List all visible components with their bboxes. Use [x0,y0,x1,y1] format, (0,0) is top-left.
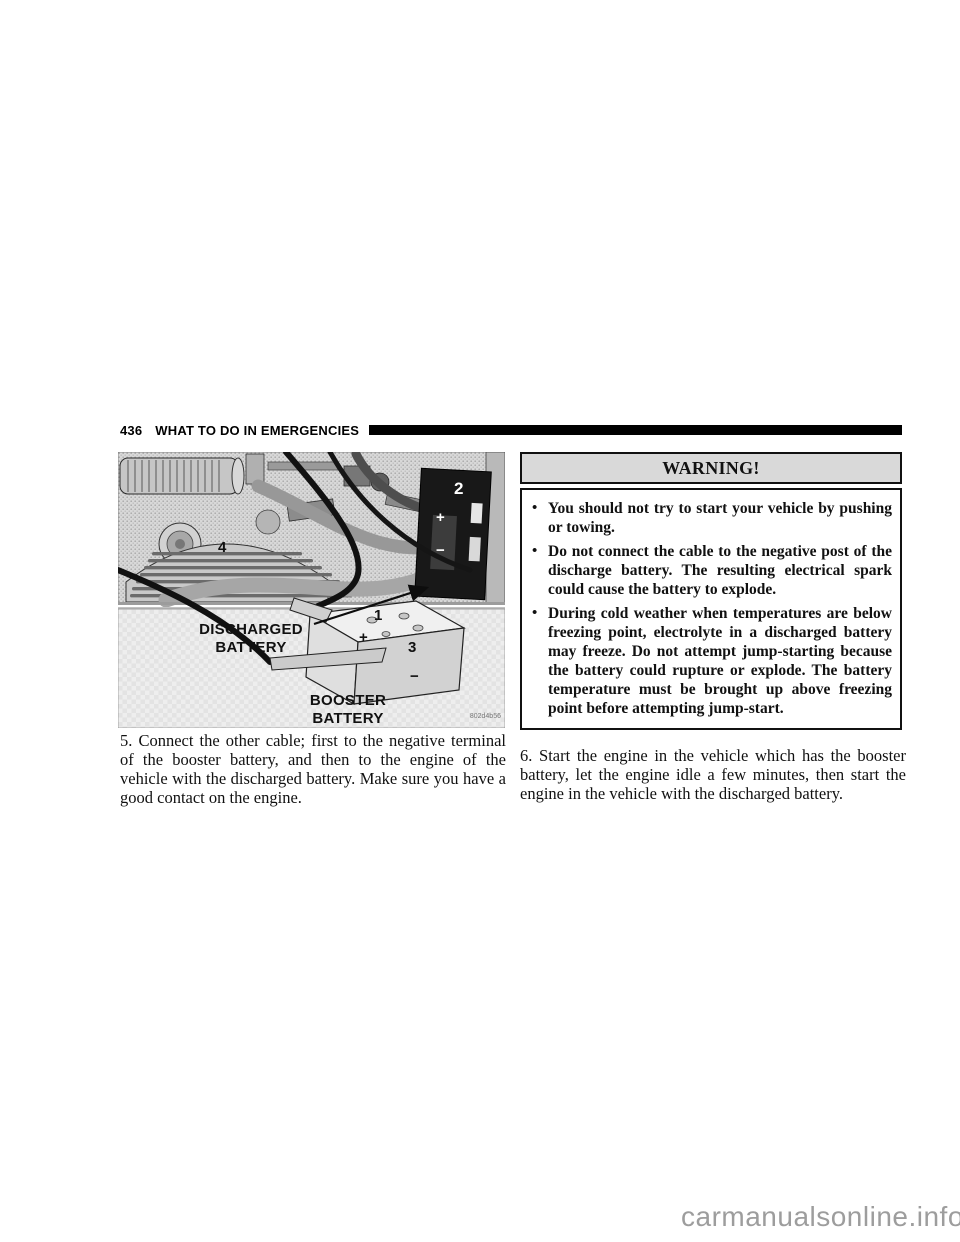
warning-bullet-1: • You should not try to start your vehic… [532,499,892,537]
bullet-marker: • [532,604,548,718]
booster-battery-minus-sign: − [410,668,419,685]
watermark: carmanualsonline.info [681,1201,960,1233]
manual-page: 436 WHAT TO DO IN EMERGENCIES [0,0,960,1242]
warning-bullet-2: • Do not connect the cable to the negati… [532,542,892,599]
callout-2: 2 [454,479,463,498]
warning-box: WARNING! • You should not try to start y… [520,452,902,730]
warning-bullet-text: You should not try to start your vehicle… [548,499,892,537]
jump-start-illustration: 2 + − [118,452,505,728]
figure-code: 802d4b56 [470,713,501,720]
booster-battery-label-line1: BOOSTER [310,692,386,709]
callout-4: 4 [218,539,227,556]
callout-1: 1 [374,607,382,624]
warning-bullet-3: • During cold weather when temperatures … [532,604,892,718]
booster-battery-plus-sign: + [359,629,368,646]
booster-battery-label-line2: BATTERY [312,710,383,727]
header-rule-bar [369,425,902,435]
warning-bullet-text: Do not connect the cable to the negative… [548,542,892,599]
discharged-battery-label-line1: DISCHARGED [199,621,303,638]
vehicle-battery-plus-sign: + [436,509,445,526]
bullet-marker: • [532,542,548,599]
running-header: 436 WHAT TO DO IN EMERGENCIES [120,422,902,438]
callout-3: 3 [408,639,416,656]
step-5-paragraph: 5. Connect the other cable; first to the… [120,731,506,807]
warning-title: WARNING! [520,452,902,484]
page-number: 436 [120,423,142,438]
vehicle-battery-panel: 2 + − [415,468,492,599]
bullet-marker: • [532,499,548,537]
engine-bay-artwork: 2 + − [118,452,505,728]
step-6-paragraph: 6. Start the engine in the vehicle which… [520,746,906,803]
warning-bullet-text: During cold weather when temperatures ar… [548,604,892,718]
section-title: WHAT TO DO IN EMERGENCIES [155,423,359,438]
warning-body: • You should not try to start your vehic… [520,488,902,730]
discharged-battery-label-line2: BATTERY [215,639,286,656]
